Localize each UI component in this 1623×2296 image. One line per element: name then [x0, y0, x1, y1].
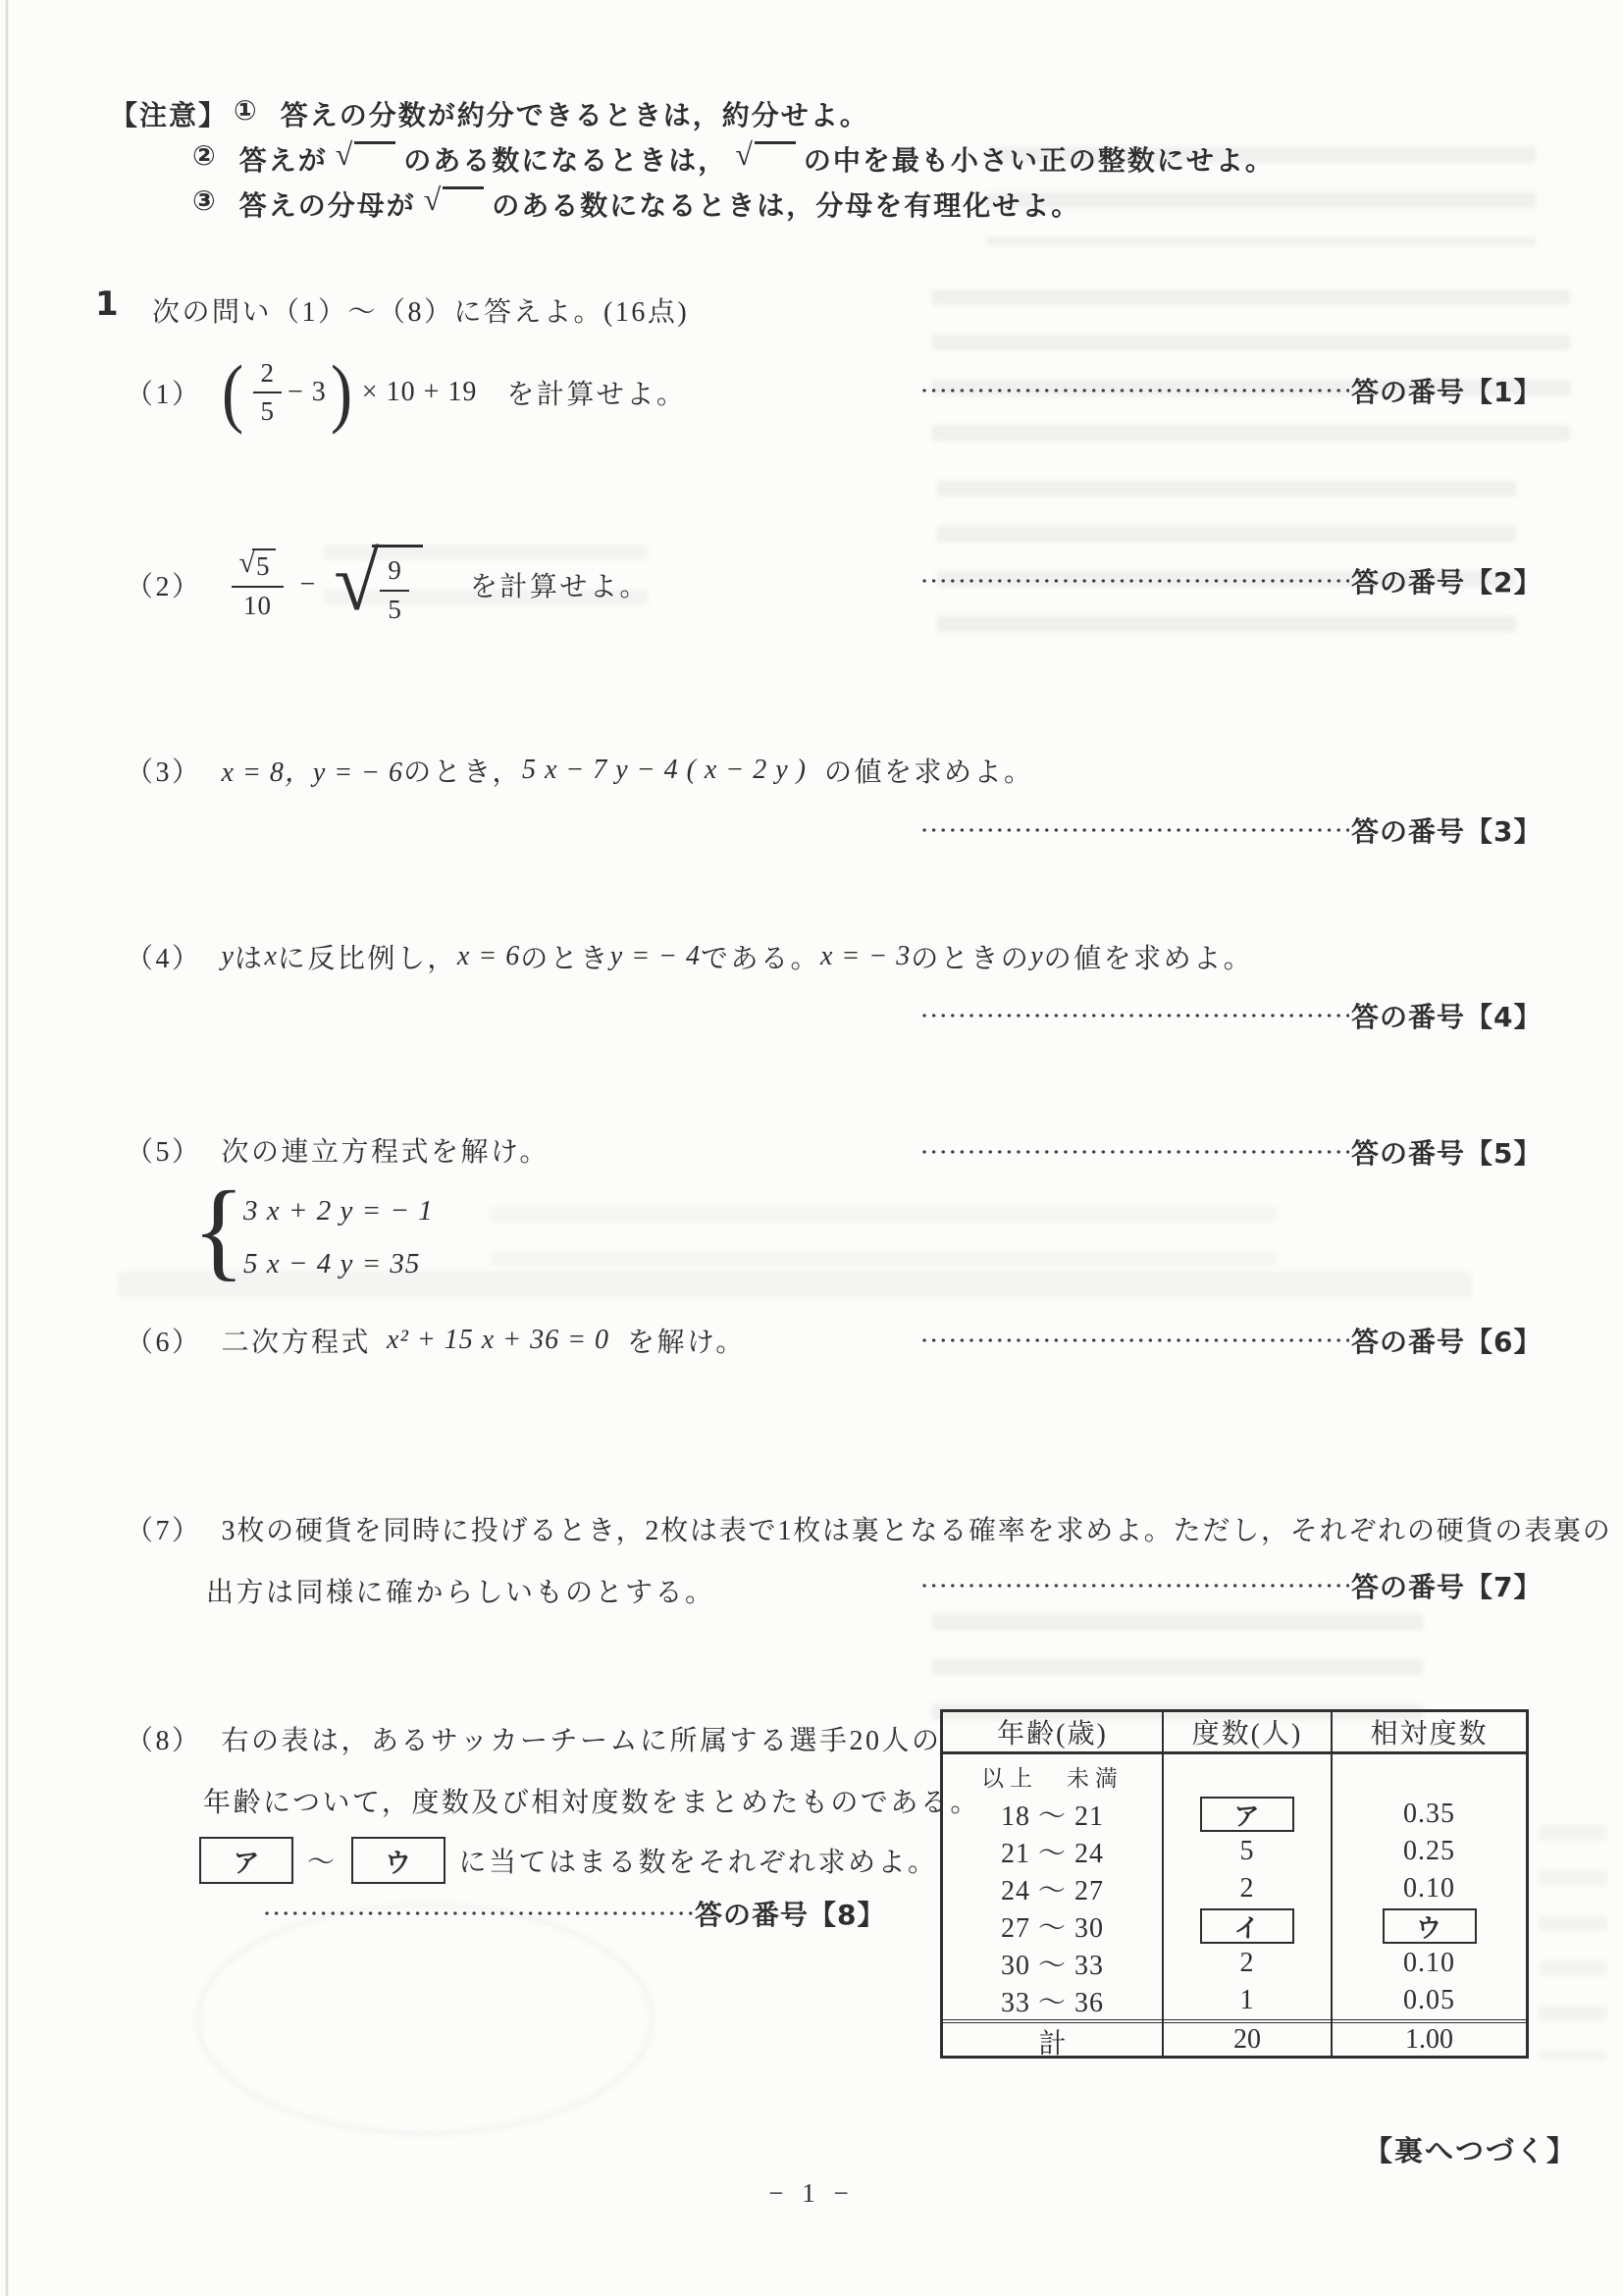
notice-header: 【注意】 ① 答えの分数が約分できるときは，約分せよ。	[110, 94, 869, 133]
question-2: （2） √ 5 10 − √ 9 5 を計算せよ。	[126, 538, 650, 632]
q3-expression: 5 x − 7 y − 4 ( x − 2 y )	[522, 755, 807, 786]
q5-equation-1: 3 x + 2 y = − 1	[243, 1195, 434, 1227]
exam-page: 【注意】 ① 答えの分数が約分できるときは，約分せよ。 ② 答えが √ のある数…	[0, 0, 1623, 2296]
table-cell-freq: 2	[1240, 1945, 1255, 1982]
table-row-range: 30 ～ 33	[1001, 1945, 1104, 1982]
notice-item2-seg1: 答えが	[239, 139, 328, 179]
notice-item3-seg2: のある数になるときは，分母を有理化せよ。	[492, 184, 1080, 224]
notice-item2-number: ②	[192, 139, 218, 172]
q4-var-x: x	[264, 941, 277, 972]
notice-item3-number: ③	[192, 184, 218, 217]
section-number: 1	[95, 285, 119, 324]
dotted-leader	[920, 1135, 1349, 1169]
tilde: ～	[307, 1841, 338, 1880]
dotted-leader	[920, 374, 1349, 407]
answer-blank-box-a: ア	[1200, 1797, 1294, 1832]
table-header-frequency: 度数(人)	[1164, 1712, 1331, 1754]
q3-mid: のとき，	[403, 751, 522, 790]
fraction-denominator: 5	[261, 393, 275, 427]
sqrt-of-fraction: √ 9 5	[334, 545, 423, 624]
q3-condition: x = 8，y = − 6	[222, 751, 404, 790]
table-cell-freq: 2	[1240, 1870, 1255, 1907]
question-7: （7） 3枚の硬貨を同時に投げるとき，2枚は表で1枚は裏となる確率を求めよ。ただ…	[126, 1509, 1612, 1548]
q4-tail: の値を求めよ。	[1044, 937, 1254, 976]
sqrt-5: √ 5	[239, 548, 277, 582]
question-3: （3） x = 8，y = − 6 のとき， 5 x − 7 y − 4 ( x…	[126, 751, 1034, 790]
answer-line-5: 答の番号【5】	[920, 1134, 1542, 1170]
answer-line-6: 答の番号【6】	[920, 1323, 1542, 1358]
q8-line1: 右の表は，あるサッカーチームに所属する選手20人の	[222, 1719, 942, 1758]
answer-number-label-7: 答の番号【7】	[1351, 1566, 1542, 1605]
continue-note: 【裏へつづく】	[1364, 2129, 1577, 2169]
answer-line-8: 答の番号【8】	[263, 1896, 885, 1931]
q4-jp: に反比例し，	[278, 937, 457, 976]
q1-minus-3: − 3	[288, 377, 327, 408]
q2-suffix: を計算せよ。	[470, 565, 650, 604]
answer-line-2: 答の番号【2】	[920, 563, 1542, 599]
fraction-9-5: 9 5	[380, 555, 409, 624]
notice-item3: ③ 答えの分母が √ のある数になるときは，分母を有理化せよ。	[192, 184, 1080, 224]
question-5-label: （5）	[126, 1130, 202, 1170]
dotted-leader	[920, 564, 1349, 598]
question-8-label: （8）	[126, 1719, 202, 1758]
table-cell-rel: 0.05	[1403, 1982, 1455, 2019]
notice-item2: ② 答えが √ のある数になるときは， √ の中を最も小さい正の整数にせよ。	[192, 139, 1275, 179]
q1-suffix: を計算せよ。	[506, 373, 686, 412]
q4-var-y: y	[222, 941, 235, 972]
table-row-range: 21 ～ 24	[1001, 1833, 1104, 1870]
table-row-range: 18 ～ 21	[1001, 1796, 1104, 1833]
q6-expression: x² + 15 x + 36 = 0	[387, 1325, 609, 1356]
table-cell-freq: 5	[1240, 1833, 1255, 1870]
question-1: （1） ( 2 5 − 3 ) × 10 + 19 を計算せよ。	[126, 351, 686, 434]
table-column-frequency: 度数(人) ア 5 2 イ 2 1 20	[1162, 1712, 1331, 2056]
answer-number-label-6: 答の番号【6】	[1351, 1321, 1542, 1360]
notice-item3-seg1: 答えの分母が	[239, 184, 416, 224]
fraction-denominator: 10	[243, 588, 272, 621]
question-2-label: （2）	[126, 565, 202, 604]
sqrt-5-radicand: 5	[252, 548, 277, 582]
dotted-leader	[263, 1897, 693, 1930]
question-6: （6） 二次方程式 x² + 15 x + 36 = 0 を解け。	[126, 1321, 746, 1360]
section-title: 次の問い（1）～（8）に答えよ。(16点)	[152, 290, 689, 330]
table-column-relative: 相対度数 0.35 0.25 0.10 ウ 0.10 0.05 1.00	[1331, 1712, 1526, 2056]
q4-jp: である。	[701, 937, 820, 976]
table-total-label: 計	[943, 2019, 1162, 2060]
dotted-leader	[920, 999, 1349, 1032]
answer-blank-box-i: イ	[1200, 1908, 1294, 1944]
sqrt-symbol: √	[424, 184, 485, 214]
answer-number-label-4: 答の番号【4】	[1351, 996, 1542, 1035]
table-cell-rel: 0.25	[1403, 1833, 1455, 1870]
q5-equation-2: 5 x − 4 y = 35	[243, 1248, 420, 1280]
page-number: − 1 −	[0, 2178, 1623, 2209]
q4-y-equals-minus4: y = − 4	[610, 941, 701, 972]
answer-number-label-1: 答の番号【1】	[1351, 371, 1542, 410]
question-4: （4） y は x に反比例し， x = 6 のとき y = − 4 である。 …	[126, 937, 1253, 976]
table-column-age: 年齢(歳) 以上 未満 18 ～ 21 21 ～ 24 24 ～ 27 27 ～…	[943, 1712, 1162, 2056]
answer-number-label-2: 答の番号【2】	[1351, 561, 1542, 600]
sqrt-symbol: √	[735, 139, 796, 169]
fraction-numerator: 2	[253, 358, 283, 393]
system-brace: {	[192, 1181, 245, 1279]
answer-line-4: 答の番号【4】	[920, 998, 1542, 1033]
q1-tail: × 10 + 19	[362, 377, 478, 408]
question-3-label: （3）	[126, 751, 202, 790]
q5-title: 次の連立方程式を解け。	[222, 1130, 550, 1170]
question-8: （8） 右の表は，あるサッカーチームに所属する選手20人の	[126, 1719, 941, 1758]
notice-item1-text: 答えの分数が約分できるときは，約分せよ。	[281, 94, 869, 133]
q3-tail: の値を求めよ。	[824, 751, 1034, 790]
table-cell-rel: 0.35	[1403, 1796, 1455, 1833]
bleedthrough-artifact	[1539, 1825, 1607, 2061]
question-4-label: （4）	[126, 937, 202, 976]
table-total-rel: 1.00	[1333, 2019, 1526, 2056]
fraction-sqrt5-10: √ 5 10	[232, 548, 285, 620]
table-row-range: 33 ～ 36	[1001, 1982, 1104, 2019]
fraction-2-5: 2 5	[253, 358, 283, 427]
notice-item2-seg3: の中を最も小さい正の整数にせよ。	[804, 139, 1275, 179]
frequency-table: 年齢(歳) 以上 未満 18 ～ 21 21 ～ 24 24 ～ 27 27 ～…	[940, 1709, 1529, 2059]
answer-blank-box-u: ウ	[1383, 1908, 1477, 1944]
answer-number-label-8: 答の番号【8】	[695, 1894, 885, 1933]
q6-pre: 二次方程式	[222, 1321, 372, 1360]
q8-line3-tail: に当てはまる数をそれぞれ求めよ。	[459, 1841, 938, 1880]
bleedthrough-artifact	[491, 1207, 1276, 1266]
table-header-age: 年齢(歳)	[943, 1712, 1162, 1754]
q4-x-equals-minus3: x = − 3	[820, 941, 911, 972]
question-5: （5） 次の連立方程式を解け。	[126, 1130, 550, 1170]
table-total-freq: 20	[1164, 2019, 1331, 2056]
bleedthrough-artifact	[196, 1904, 654, 2135]
answer-line-1: 答の番号【1】	[920, 373, 1542, 408]
q7-line2: 出方は同様に確からしいものとする。	[206, 1571, 715, 1610]
minus-sign: −	[299, 569, 316, 600]
q4-jp: のとき	[520, 937, 610, 976]
bleedthrough-artifact	[937, 481, 1516, 638]
q4-jp: は	[235, 937, 265, 976]
q7-line1: 3枚の硬貨を同時に投げるとき，2枚は表で1枚は裏となる確率を求めよ。ただし，それ…	[222, 1509, 1612, 1548]
dotted-leader	[920, 1569, 1349, 1602]
table-cell-rel: 0.10	[1403, 1945, 1455, 1982]
notice-item2-seg2: のある数になるときは，	[403, 139, 727, 179]
dotted-leader	[920, 1324, 1349, 1357]
answer-line-7: 答の番号【7】	[920, 1568, 1542, 1603]
answer-line-3: 答の番号【3】	[920, 812, 1542, 848]
answer-number-label-3: 答の番号【3】	[1351, 810, 1542, 850]
sqrt-symbol: √	[336, 139, 396, 169]
notice-label: 【注意】	[110, 94, 228, 133]
open-paren: (	[221, 354, 242, 431]
close-paren: )	[331, 354, 352, 431]
answer-number-label-5: 答の番号【5】	[1351, 1132, 1542, 1172]
question-7-label: （7）	[126, 1509, 202, 1548]
q8-line2: 年齢について，度数及び相対度数をまとめたものである。	[203, 1781, 980, 1820]
fraction-numerator: 9	[380, 555, 409, 591]
fraction-denominator: 5	[388, 592, 401, 625]
dotted-leader	[920, 813, 1349, 847]
q4-var-y: y	[1030, 941, 1043, 972]
notice-item1-number: ①	[234, 94, 259, 127]
answer-blank-box-a: ア	[199, 1837, 293, 1884]
table-cell-freq: 1	[1240, 1982, 1255, 2019]
question-1-label: （1）	[126, 373, 202, 412]
question-6-label: （6）	[126, 1321, 202, 1360]
q8-line3: ア ～ ウ に当てはまる数をそれぞれ求めよ。	[199, 1837, 938, 1884]
scan-edge-artifact	[6, 0, 8, 2296]
table-row-range: 24 ～ 27	[1001, 1870, 1104, 1907]
q6-post: を解け。	[627, 1321, 746, 1360]
table-bounds-label: 以上 未満	[981, 1756, 1124, 1796]
table-cell-rel: 0.10	[1403, 1870, 1455, 1907]
q4-jp: のときの	[911, 937, 1030, 976]
table-header-relative: 相対度数	[1333, 1712, 1526, 1754]
answer-blank-box-u: ウ	[351, 1837, 445, 1884]
table-row-range: 27 ～ 30	[1001, 1907, 1104, 1945]
q4-x-equals-6: x = 6	[457, 941, 520, 972]
